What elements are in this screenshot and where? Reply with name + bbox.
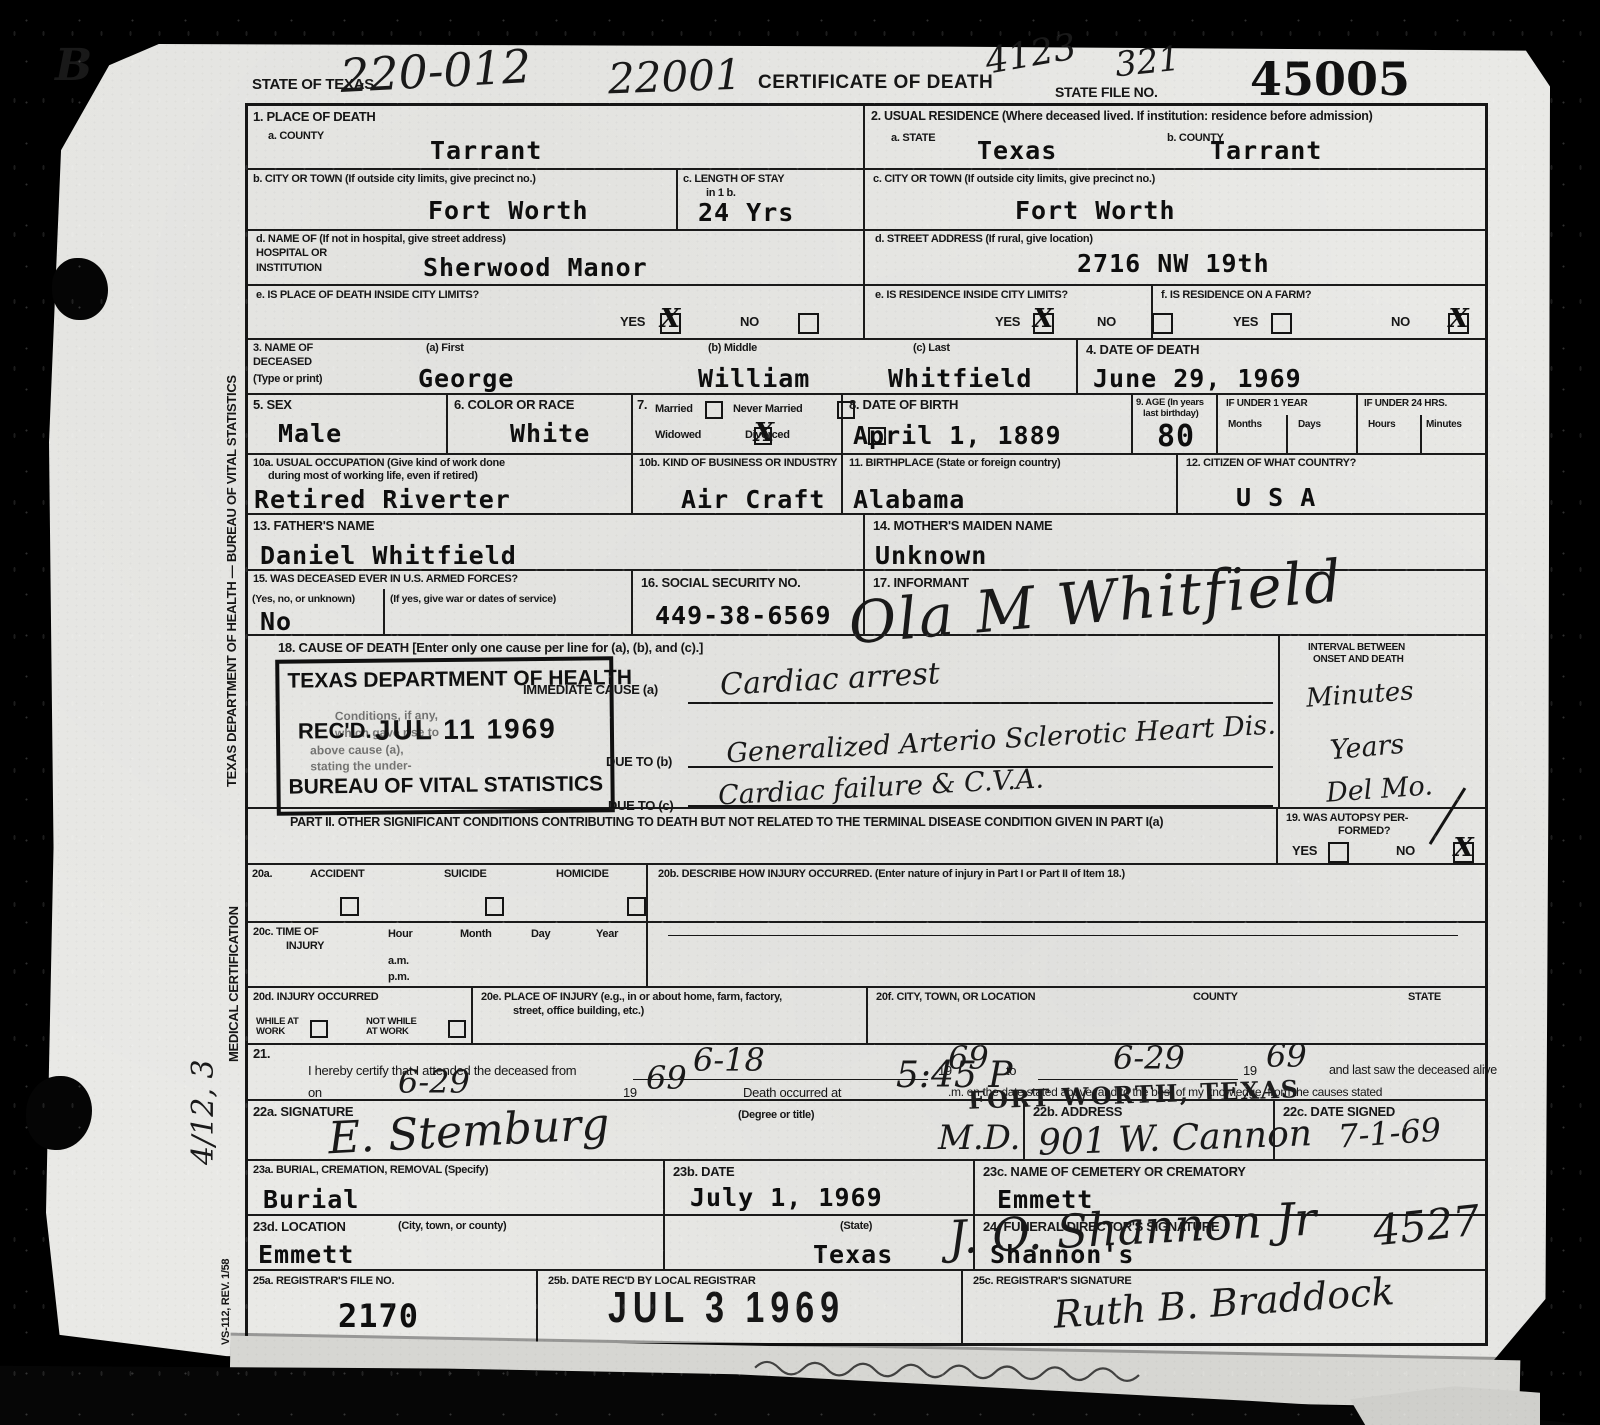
field-date-of-death: 4. DATE OF DEATH June 29, 1969 bbox=[1078, 340, 1485, 393]
residence-county-value: Tarrant bbox=[1210, 136, 1322, 165]
autopsy-label2: FORMED? bbox=[1338, 825, 1390, 837]
am-label: a.m. bbox=[388, 955, 409, 967]
field-residence-city: c. CITY OR TOWN (If outside city limits,… bbox=[865, 170, 1485, 229]
race-value: White bbox=[510, 419, 590, 448]
months-label: Months bbox=[1228, 419, 1262, 430]
field-hospital: d. NAME OF (If not in hospital, give str… bbox=[248, 231, 865, 284]
minutes-label: Minutes bbox=[1426, 419, 1462, 430]
first-name-value: George bbox=[418, 364, 514, 393]
ssn-value: 449-38-6569 bbox=[655, 601, 832, 630]
date-signed-value: 7-1-69 bbox=[1337, 1110, 1442, 1155]
autopsy-yes-checkbox bbox=[1328, 842, 1349, 863]
autopsy-label: 19. WAS AUTOPSY PER- bbox=[1286, 812, 1408, 824]
name-label: 3. NAME OF bbox=[253, 342, 313, 354]
field-20c-blank bbox=[648, 923, 1485, 986]
age-label2: last birthday) bbox=[1143, 408, 1198, 419]
date-of-death-label: 4. DATE OF DEATH bbox=[1086, 342, 1199, 357]
married-checkbox bbox=[705, 401, 723, 419]
name-label2: DECEASED bbox=[253, 356, 312, 368]
mother-name-value: Unknown bbox=[875, 541, 987, 570]
citizen-value: U S A bbox=[1236, 483, 1316, 512]
field-residence-farm: f. IS RESIDENCE ON A FARM? YES NO X bbox=[1153, 286, 1485, 338]
occupation-label: 10a. USUAL OCCUPATION (Give kind of work… bbox=[253, 457, 505, 469]
homicide-label: HOMICIDE bbox=[556, 868, 609, 880]
row-registrar: 25a. REGISTRAR'S FILE NO. 2170 25b. DATE… bbox=[248, 1271, 1485, 1343]
field-armed-forces: 15. WAS DECEASED EVER IN U.S. ARMED FORC… bbox=[248, 571, 633, 634]
part2-label: PART II. OTHER SIGNIFICANT CONDITIONS CO… bbox=[290, 815, 1163, 829]
yes-label: YES bbox=[1292, 843, 1317, 858]
birthplace-label: 11. BIRTHPLACE (State or foreign country… bbox=[849, 457, 1060, 469]
stamp-under2: which gave rise to bbox=[335, 725, 439, 740]
field-sex: 5. SEX Male bbox=[248, 395, 448, 453]
sex-value: Male bbox=[278, 419, 342, 448]
hours-label: Hours bbox=[1368, 419, 1395, 430]
interval-label1: INTERVAL BETWEEN bbox=[1308, 642, 1405, 653]
industry-label: 10b. KIND OF BUSINESS OR INDUSTRY bbox=[639, 457, 837, 469]
interval-divider bbox=[1278, 636, 1280, 807]
attended-from-date: 6-18 bbox=[693, 1041, 765, 1079]
hole-punch-top bbox=[52, 258, 108, 320]
registrar-date-stamp: JUL 3 1969 bbox=[608, 1284, 845, 1334]
field-usual-residence: 2. USUAL RESIDENCE (Where deceased lived… bbox=[865, 106, 1485, 168]
armed-forces-label: 15. WAS DECEASED EVER IN U.S. ARMED FORC… bbox=[253, 573, 518, 585]
city-of-death-label: b. CITY OR TOWN (If outside city limits,… bbox=[253, 173, 536, 185]
field-age: 9. AGE (In years last birthday) 80 bbox=[1133, 395, 1218, 453]
stamp-under3: above cause (a), bbox=[310, 742, 404, 757]
time-of-injury-label: 20c. TIME OF bbox=[253, 926, 318, 938]
due-to-c-line bbox=[688, 805, 1273, 807]
field-injury-occurred: 20d. INJURY OCCURRED WHILE AT WORK NOT W… bbox=[248, 988, 473, 1043]
corner-mark: B bbox=[55, 40, 92, 91]
autopsy-no-mark: X bbox=[1453, 835, 1473, 861]
injury-city-label: 20f. CITY, TOWN, OR LOCATION bbox=[876, 991, 1035, 1003]
farm-yes-checkbox bbox=[1271, 313, 1292, 334]
row-20c: 20c. TIME OF INJURY Hour Month Day Year … bbox=[248, 923, 1485, 988]
field-street-address: d. STREET ADDRESS (If rural, give locati… bbox=[865, 231, 1485, 284]
days-label: Days bbox=[1298, 419, 1321, 430]
armed-forces-divider bbox=[383, 589, 385, 634]
date-of-death-value: June 29, 1969 bbox=[1093, 364, 1302, 393]
race-label: 6. COLOR OR RACE bbox=[454, 397, 574, 412]
field-ssn: 16. SOCIAL SECURITY NO. 449-38-6569 bbox=[633, 571, 865, 634]
field-burial-date: 23b. DATE July 1, 1969 bbox=[665, 1161, 975, 1214]
usual-residence-label: 2. USUAL RESIDENCE (Where deceased lived… bbox=[871, 109, 1372, 123]
place-of-injury-label: 20e. PLACE OF INJURY (e.g., in or about … bbox=[481, 991, 782, 1003]
certify-text-6: on bbox=[308, 1085, 322, 1100]
farm-no-mark: X bbox=[1448, 306, 1468, 332]
registrar-file-value: 2170 bbox=[338, 1297, 419, 1335]
interval-a-value: Minutes bbox=[1305, 676, 1414, 713]
suicide-label: SUICIDE bbox=[444, 868, 487, 880]
death-limits-yes-checkbox: X bbox=[660, 313, 681, 334]
field-industry: 10b. KIND OF BUSINESS OR INDUSTRY Air Cr… bbox=[633, 455, 843, 513]
homicide-checkbox bbox=[627, 897, 646, 916]
field-time-of-injury: 20c. TIME OF INJURY Hour Month Day Year … bbox=[248, 923, 648, 986]
length-of-stay-label: c. LENGTH OF STAY bbox=[683, 173, 784, 185]
first-name-label: (a) First bbox=[426, 342, 464, 354]
while-at-work-label2: WORK bbox=[256, 1026, 285, 1037]
item20a-label: 20a. bbox=[252, 868, 272, 880]
injury-occurred-label: 20d. INJURY OCCURRED bbox=[253, 991, 378, 1003]
certify-text-7: 19 bbox=[623, 1085, 637, 1100]
burial-date-label: 23b. DATE bbox=[673, 1164, 734, 1179]
burial-location-value: Emmett bbox=[258, 1240, 354, 1269]
death-inside-limits-label: e. IS PLACE OF DEATH INSIDE CITY LIMITS? bbox=[256, 289, 479, 301]
last-name-value: Whitfield bbox=[888, 364, 1032, 393]
yes-label: YES bbox=[620, 314, 645, 329]
stamp-line3: BUREAU OF VITAL STATISTICS bbox=[288, 772, 603, 799]
while-at-work-checkbox bbox=[310, 1020, 328, 1038]
row-occupation: 10a. USUAL OCCUPATION (Give kind of work… bbox=[248, 455, 1485, 515]
row-place-residence: 1. PLACE OF DEATH a. COUNTY Tarrant 2. U… bbox=[248, 106, 1485, 170]
autopsy-no-checkbox: X bbox=[1453, 842, 1474, 863]
field-describe-injury: 20b. DESCRIBE HOW INJURY OCCURRED. (Ente… bbox=[648, 865, 1485, 921]
field-accident-suicide-homicide: 20a. ACCIDENT SUICIDE HOMICIDE bbox=[248, 865, 648, 921]
field-part2: PART II. OTHER SIGNIFICANT CONDITIONS CO… bbox=[248, 809, 1278, 863]
certify-text-8: Death occurred at bbox=[743, 1085, 841, 1100]
margin-form-number: VS-112, REV. 1/58 bbox=[220, 1185, 232, 1345]
date-of-birth-label: 8. DATE OF BIRTH bbox=[849, 397, 958, 412]
burial-date-value: July 1, 1969 bbox=[690, 1183, 883, 1212]
under-1-year-divider bbox=[1286, 415, 1288, 453]
no-label: NO bbox=[1391, 314, 1410, 329]
place-of-death-label: 1. PLACE OF DEATH bbox=[253, 109, 376, 124]
street-address-value: 2716 NW 19th bbox=[1077, 249, 1270, 278]
hospital-label2: HOSPITAL OR bbox=[256, 247, 327, 259]
field-residence-inside-limits: e. IS RESIDENCE INSIDE CITY LIMITS? YES … bbox=[865, 286, 1153, 338]
under-24-hrs-label: IF UNDER 24 HRS. bbox=[1364, 398, 1447, 409]
field-birthplace: 11. BIRTHPLACE (State or foreign country… bbox=[843, 455, 1178, 513]
accident-checkbox bbox=[340, 897, 359, 916]
header-handwritten-right2: 321 bbox=[1113, 39, 1182, 86]
field-place-of-injury: 20e. PLACE OF INJURY (e.g., in or about … bbox=[473, 988, 868, 1043]
field-registrar-file: 25a. REGISTRAR'S FILE NO. 2170 bbox=[248, 1271, 538, 1343]
burial-value: Burial bbox=[263, 1185, 359, 1214]
attended-to-year: 69 bbox=[1266, 1037, 1307, 1075]
pm-label: p.m. bbox=[388, 971, 409, 983]
immediate-cause-value: Cardiac arrest bbox=[719, 656, 941, 702]
not-while-label2: AT WORK bbox=[366, 1026, 409, 1037]
injury-county-label: COUNTY bbox=[1193, 991, 1238, 1003]
hospital-value: Sherwood Manor bbox=[423, 253, 648, 282]
due-to-b-label: DUE TO (b) bbox=[606, 754, 672, 769]
age-value: 80 bbox=[1157, 419, 1195, 454]
occupation-value: Retired Riverter bbox=[254, 485, 511, 514]
margin-medical-text: MEDICAL CERTIFICATION bbox=[226, 702, 241, 1062]
alive-date: 6-29 bbox=[398, 1063, 470, 1101]
field-citizen: 12. CITIZEN OF WHAT COUNTRY? U S A bbox=[1178, 455, 1485, 513]
residence-city-value: Fort Worth bbox=[1015, 196, 1176, 225]
item21-label: 21. bbox=[253, 1046, 270, 1061]
occupation-label2: during most of working life, even if ret… bbox=[268, 470, 478, 482]
not-while-checkbox bbox=[448, 1020, 466, 1038]
residence-limits-yes-checkbox: X bbox=[1033, 313, 1054, 334]
interval-b-value: Years bbox=[1329, 729, 1406, 766]
hospital-label3: INSTITUTION bbox=[256, 262, 322, 274]
city-of-death-value: Fort Worth bbox=[428, 196, 589, 225]
alive-year: 69 bbox=[646, 1059, 687, 1097]
street-address-label: d. STREET ADDRESS (If rural, give locati… bbox=[875, 233, 1093, 245]
field-autopsy: 19. WAS AUTOPSY PER- FORMED? YES NO X bbox=[1278, 809, 1485, 863]
death-limits-yes-mark: X bbox=[660, 306, 680, 332]
no-label: NO bbox=[740, 314, 759, 329]
residence-inside-limits-label: e. IS RESIDENCE INSIDE CITY LIMITS? bbox=[875, 289, 1068, 301]
due-to-b-value: Generalized Arterio Sclerotic Heart Dis. bbox=[726, 710, 1277, 770]
row-20a-20b: 20a. ACCIDENT SUICIDE HOMICIDE 20b. DESC… bbox=[248, 865, 1485, 923]
field-father-name: 13. FATHER'S NAME Daniel Whitfield bbox=[248, 515, 865, 569]
field-occupation: 10a. USUAL OCCUPATION (Give kind of work… bbox=[248, 455, 633, 513]
field-if-under-1-year: IF UNDER 1 YEAR Months Days bbox=[1218, 395, 1358, 453]
burial-location-label: 23d. LOCATION bbox=[253, 1219, 346, 1234]
field-burial-state: (State) Texas bbox=[665, 1216, 975, 1269]
cemetery-label: 23c. NAME OF CEMETERY OR CREMATORY bbox=[983, 1164, 1246, 1179]
interval-label2: ONSET AND DEATH bbox=[1313, 654, 1404, 665]
residence-farm-label: f. IS RESIDENCE ON A FARM? bbox=[1161, 289, 1311, 301]
ssn-label: 16. SOCIAL SECURITY NO. bbox=[641, 575, 801, 590]
divorced-label: Divorced bbox=[745, 429, 790, 441]
father-name-value: Daniel Whitfield bbox=[260, 541, 517, 570]
stamp-under4: stating the under- bbox=[310, 758, 411, 773]
field-injury-city: 20f. CITY, TOWN, OR LOCATION COUNTY STAT… bbox=[868, 988, 1485, 1043]
never-married-label: Never Married bbox=[733, 403, 802, 415]
header-handwritten-left: 220-012 bbox=[339, 39, 533, 103]
length-of-stay-value: 24 Yrs bbox=[698, 198, 794, 227]
registrar-signature-label: 25c. REGISTRAR'S SIGNATURE bbox=[973, 1275, 1131, 1287]
burial-location-sublabel: (City, town, or county) bbox=[398, 1220, 506, 1232]
row-name: 3. NAME OF DECEASED (Type or print) (a) … bbox=[248, 340, 1485, 395]
industry-value: Air Craft bbox=[681, 485, 825, 514]
degree-label: (Degree or title) bbox=[738, 1109, 814, 1121]
field-date-of-birth: 8. DATE OF BIRTH April 1, 1889 bbox=[843, 395, 1133, 453]
county-value: Tarrant bbox=[430, 136, 542, 165]
no-label: NO bbox=[1097, 314, 1116, 329]
date-of-birth-value: April 1, 1889 bbox=[853, 421, 1062, 450]
hour-label: Hour bbox=[388, 928, 412, 940]
row-cause-of-death: 18. CAUSE OF DEATH [Enter only one cause… bbox=[248, 636, 1485, 809]
received-stamp: TEXAS DEPARTMENT OF HEALTH Conditions, i… bbox=[275, 656, 615, 816]
field-burial-location: 23d. LOCATION (City, town, or county) Em… bbox=[248, 1216, 665, 1269]
registrar-file-label: 25a. REGISTRAR'S FILE NO. bbox=[253, 1275, 394, 1287]
residence-limits-yes-mark: X bbox=[1033, 306, 1053, 332]
name-label3: (Type or print) bbox=[253, 373, 322, 385]
physician-degree: M.D. bbox=[938, 1118, 1020, 1158]
armed-forces-war-label: (If yes, give war or dates of service) bbox=[390, 593, 556, 605]
certificate-title: CERTIFICATE OF DEATH bbox=[758, 72, 993, 94]
field-registrar-signature: 25c. REGISTRAR'S SIGNATURE Ruth B. Bradd… bbox=[963, 1271, 1485, 1343]
state-file-no-label: STATE FILE NO. bbox=[1055, 84, 1158, 100]
certify-text-5: and last saw the deceased alive bbox=[1329, 1063, 1497, 1077]
farm-no-checkbox: X bbox=[1448, 313, 1469, 334]
row-hospital-street: d. NAME OF (If not in hospital, give str… bbox=[248, 231, 1485, 286]
field-length-of-stay: c. LENGTH OF STAY in 1 b. 24 Yrs bbox=[678, 170, 865, 229]
interval-c-value: Del Mo. bbox=[1325, 770, 1434, 808]
header-handwritten-mid: 22001 bbox=[607, 50, 742, 104]
middle-name-label: (b) Middle bbox=[708, 342, 757, 354]
margin-handwritten-number: 4/12, 3 bbox=[186, 995, 221, 1165]
death-limits-no-checkbox bbox=[798, 313, 819, 334]
last-name-label: (c) Last bbox=[913, 342, 950, 354]
row-city-limits: e. IS PLACE OF DEATH INSIDE CITY LIMITS?… bbox=[248, 286, 1485, 340]
armed-forces-value: No bbox=[260, 607, 292, 636]
field-place-of-death: 1. PLACE OF DEATH a. COUNTY Tarrant bbox=[248, 106, 865, 168]
field-registrar-date: 25b. DATE REC'D BY LOCAL REGISTRAR JUL 3… bbox=[538, 1271, 963, 1343]
residence-state-value: Texas bbox=[977, 136, 1057, 165]
field-burial: 23a. BURIAL, CREMATION, REMOVAL (Specify… bbox=[248, 1161, 665, 1214]
field-if-under-24-hrs: IF UNDER 24 HRS. Hours Minutes bbox=[1358, 395, 1485, 453]
county-label: a. COUNTY bbox=[268, 130, 324, 142]
birthplace-value: Alabama bbox=[853, 485, 965, 514]
field-death-inside-limits: e. IS PLACE OF DEATH INSIDE CITY LIMITS?… bbox=[248, 286, 865, 338]
describe-injury-label: 20b. DESCRIBE HOW INJURY OCCURRED. (Ente… bbox=[658, 868, 1125, 880]
burial-label: 23a. BURIAL, CREMATION, REMOVAL (Specify… bbox=[253, 1164, 488, 1176]
yes-label: YES bbox=[995, 314, 1020, 329]
widowed-label: Widowed bbox=[655, 429, 701, 441]
field-city-of-death: b. CITY OR TOWN (If outside city limits,… bbox=[248, 170, 678, 229]
burial-state-sublabel: (State) bbox=[840, 1220, 872, 1232]
immediate-cause-label: IMMEDIATE CAUSE (a) bbox=[523, 682, 658, 697]
injury-blank-line bbox=[668, 935, 1458, 936]
certificate-form: 1. PLACE OF DEATH a. COUNTY Tarrant 2. U… bbox=[245, 103, 1488, 1346]
citizen-label: 12. CITIZEN OF WHAT COUNTRY? bbox=[1186, 457, 1356, 469]
month-label: Month bbox=[460, 928, 491, 940]
married-label: Married bbox=[655, 403, 693, 415]
mother-name-label: 14. MOTHER'S MAIDEN NAME bbox=[873, 518, 1052, 533]
field-marital-status: 7. Married Never Married Widowed X Divor… bbox=[633, 395, 843, 453]
suicide-checkbox bbox=[485, 897, 504, 916]
accident-label: ACCIDENT bbox=[310, 868, 364, 880]
time-of-injury-label2: INJURY bbox=[286, 940, 324, 952]
middle-name-value: William bbox=[698, 364, 810, 393]
injury-state-label: STATE bbox=[1408, 991, 1441, 1003]
residence-city-label: c. CITY OR TOWN (If outside city limits,… bbox=[873, 173, 1155, 185]
residence-state-label: a. STATE bbox=[891, 132, 935, 144]
row-part2-autopsy: PART II. OTHER SIGNIFICANT CONDITIONS CO… bbox=[248, 809, 1485, 865]
hospital-label: d. NAME OF (If not in hospital, give str… bbox=[256, 233, 506, 245]
no-label: NO bbox=[1396, 843, 1415, 858]
state-file-no-value: 45005 bbox=[1250, 52, 1410, 106]
attended-to-date: 6-29 bbox=[1113, 1039, 1185, 1077]
burial-state-value: Texas bbox=[813, 1240, 893, 1269]
row-city: b. CITY OR TOWN (If outside city limits,… bbox=[248, 170, 1485, 231]
marital-label: 7. bbox=[637, 397, 647, 412]
cause-of-death-label: 18. CAUSE OF DEATH [Enter only one cause… bbox=[278, 640, 703, 655]
under-24-divider bbox=[1420, 415, 1422, 453]
father-name-label: 13. FATHER'S NAME bbox=[253, 518, 374, 533]
year-label: Year bbox=[596, 928, 618, 940]
under-1-year-label: IF UNDER 1 YEAR bbox=[1226, 398, 1307, 409]
armed-forces-sublabel: (Yes, no, or unknown) bbox=[252, 593, 355, 605]
place-of-injury-label2: street, office building, etc.) bbox=[513, 1005, 644, 1017]
row-demographics: 5. SEX Male 6. COLOR OR RACE White 7. Ma… bbox=[248, 395, 1485, 455]
field-race: 6. COLOR OR RACE White bbox=[448, 395, 633, 453]
yes-label: YES bbox=[1233, 314, 1258, 329]
sex-label: 5. SEX bbox=[253, 397, 292, 412]
age-label: 9. AGE (In years bbox=[1136, 397, 1204, 408]
immediate-cause-line bbox=[688, 702, 1273, 704]
day-label: Day bbox=[531, 928, 550, 940]
field-name-of-deceased: 3. NAME OF DECEASED (Type or print) (a) … bbox=[248, 340, 1078, 393]
